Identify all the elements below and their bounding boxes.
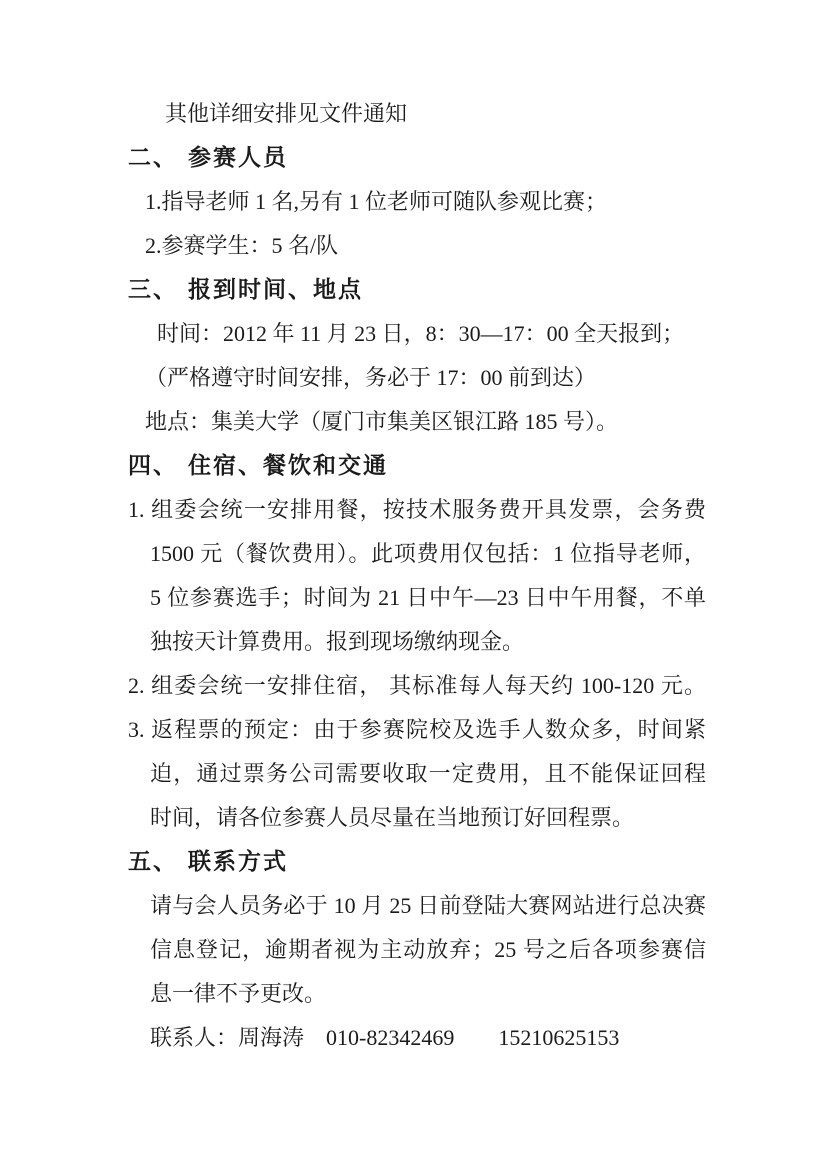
document-page: 其他详细安排见文件通知二、参赛人员1.指导老师 1 名,另有 1 位老师可随队参… (0, 0, 827, 1169)
document-line: 地点：集美大学（厦门市集美区银江路 185 号）。 (128, 400, 706, 444)
heading-number: 二、 (128, 145, 178, 170)
list-item-line: 1500 元（餐饮费用）。此项费用仅包括：1 位指导老师， (128, 532, 706, 576)
paragraph-line: 请与会人员务必于 10 月 25 日前登陆大赛网站进行总决赛 (128, 884, 706, 928)
section-heading: 三、报到时间、地点 (128, 268, 706, 312)
document-line: （严格遵守时间安排，务必于 17：00 前到达） (128, 356, 706, 400)
heading-title: 住宿、餐饮和交通 (188, 453, 388, 478)
section-heading: 五、联系方式 (128, 840, 706, 884)
paragraph-line: 信息登记，逾期者视为主动放弃；25 号之后各项参赛信 (128, 928, 706, 972)
list-item-line: 独按天计算费用。报到现场缴纳现金。 (128, 620, 706, 664)
heading-number: 五、 (128, 849, 178, 874)
document-line: 2.参赛学生：5 名/队 (128, 224, 706, 268)
heading-number: 三、 (128, 277, 178, 302)
heading-title: 参赛人员 (188, 145, 288, 170)
heading-title: 联系方式 (188, 849, 288, 874)
list-item-line: 3. 返程票的预定：由于参赛院校及选手人数众多，时间紧 (128, 708, 706, 752)
section-heading: 四、住宿、餐饮和交通 (128, 444, 706, 488)
document-line: 时间：2012 年 11 月 23 日，8：30—17：00 全天报到； (128, 312, 706, 356)
document-body: 其他详细安排见文件通知二、参赛人员1.指导老师 1 名,另有 1 位老师可随队参… (128, 92, 706, 1060)
list-item-line: 1. 组委会统一安排用餐，按技术服务费开具发票，会务费 (128, 488, 706, 532)
document-line: 联系人：周海涛 010-82342469 15210625153 (128, 1016, 706, 1060)
heading-number: 四、 (128, 453, 178, 478)
heading-title: 报到时间、地点 (188, 277, 363, 302)
document-line: 其他详细安排见文件通知 (128, 92, 706, 136)
document-line: 1.指导老师 1 名,另有 1 位老师可随队参观比赛； (128, 180, 706, 224)
paragraph-line: 息一律不予更改。 (128, 972, 706, 1016)
list-item-line: 迫，通过票务公司需要收取一定费用，且不能保证回程 (128, 752, 706, 796)
list-item-line: 5 位参赛选手；时间为 21 日中午—23 日中午用餐，不单 (128, 576, 706, 620)
list-item-line: 时间，请各位参赛人员尽量在当地预订好回程票。 (128, 796, 706, 840)
section-heading: 二、参赛人员 (128, 136, 706, 180)
list-item-line: 2. 组委会统一安排住宿， 其标准每人每天约 100-120 元。 (128, 664, 706, 708)
